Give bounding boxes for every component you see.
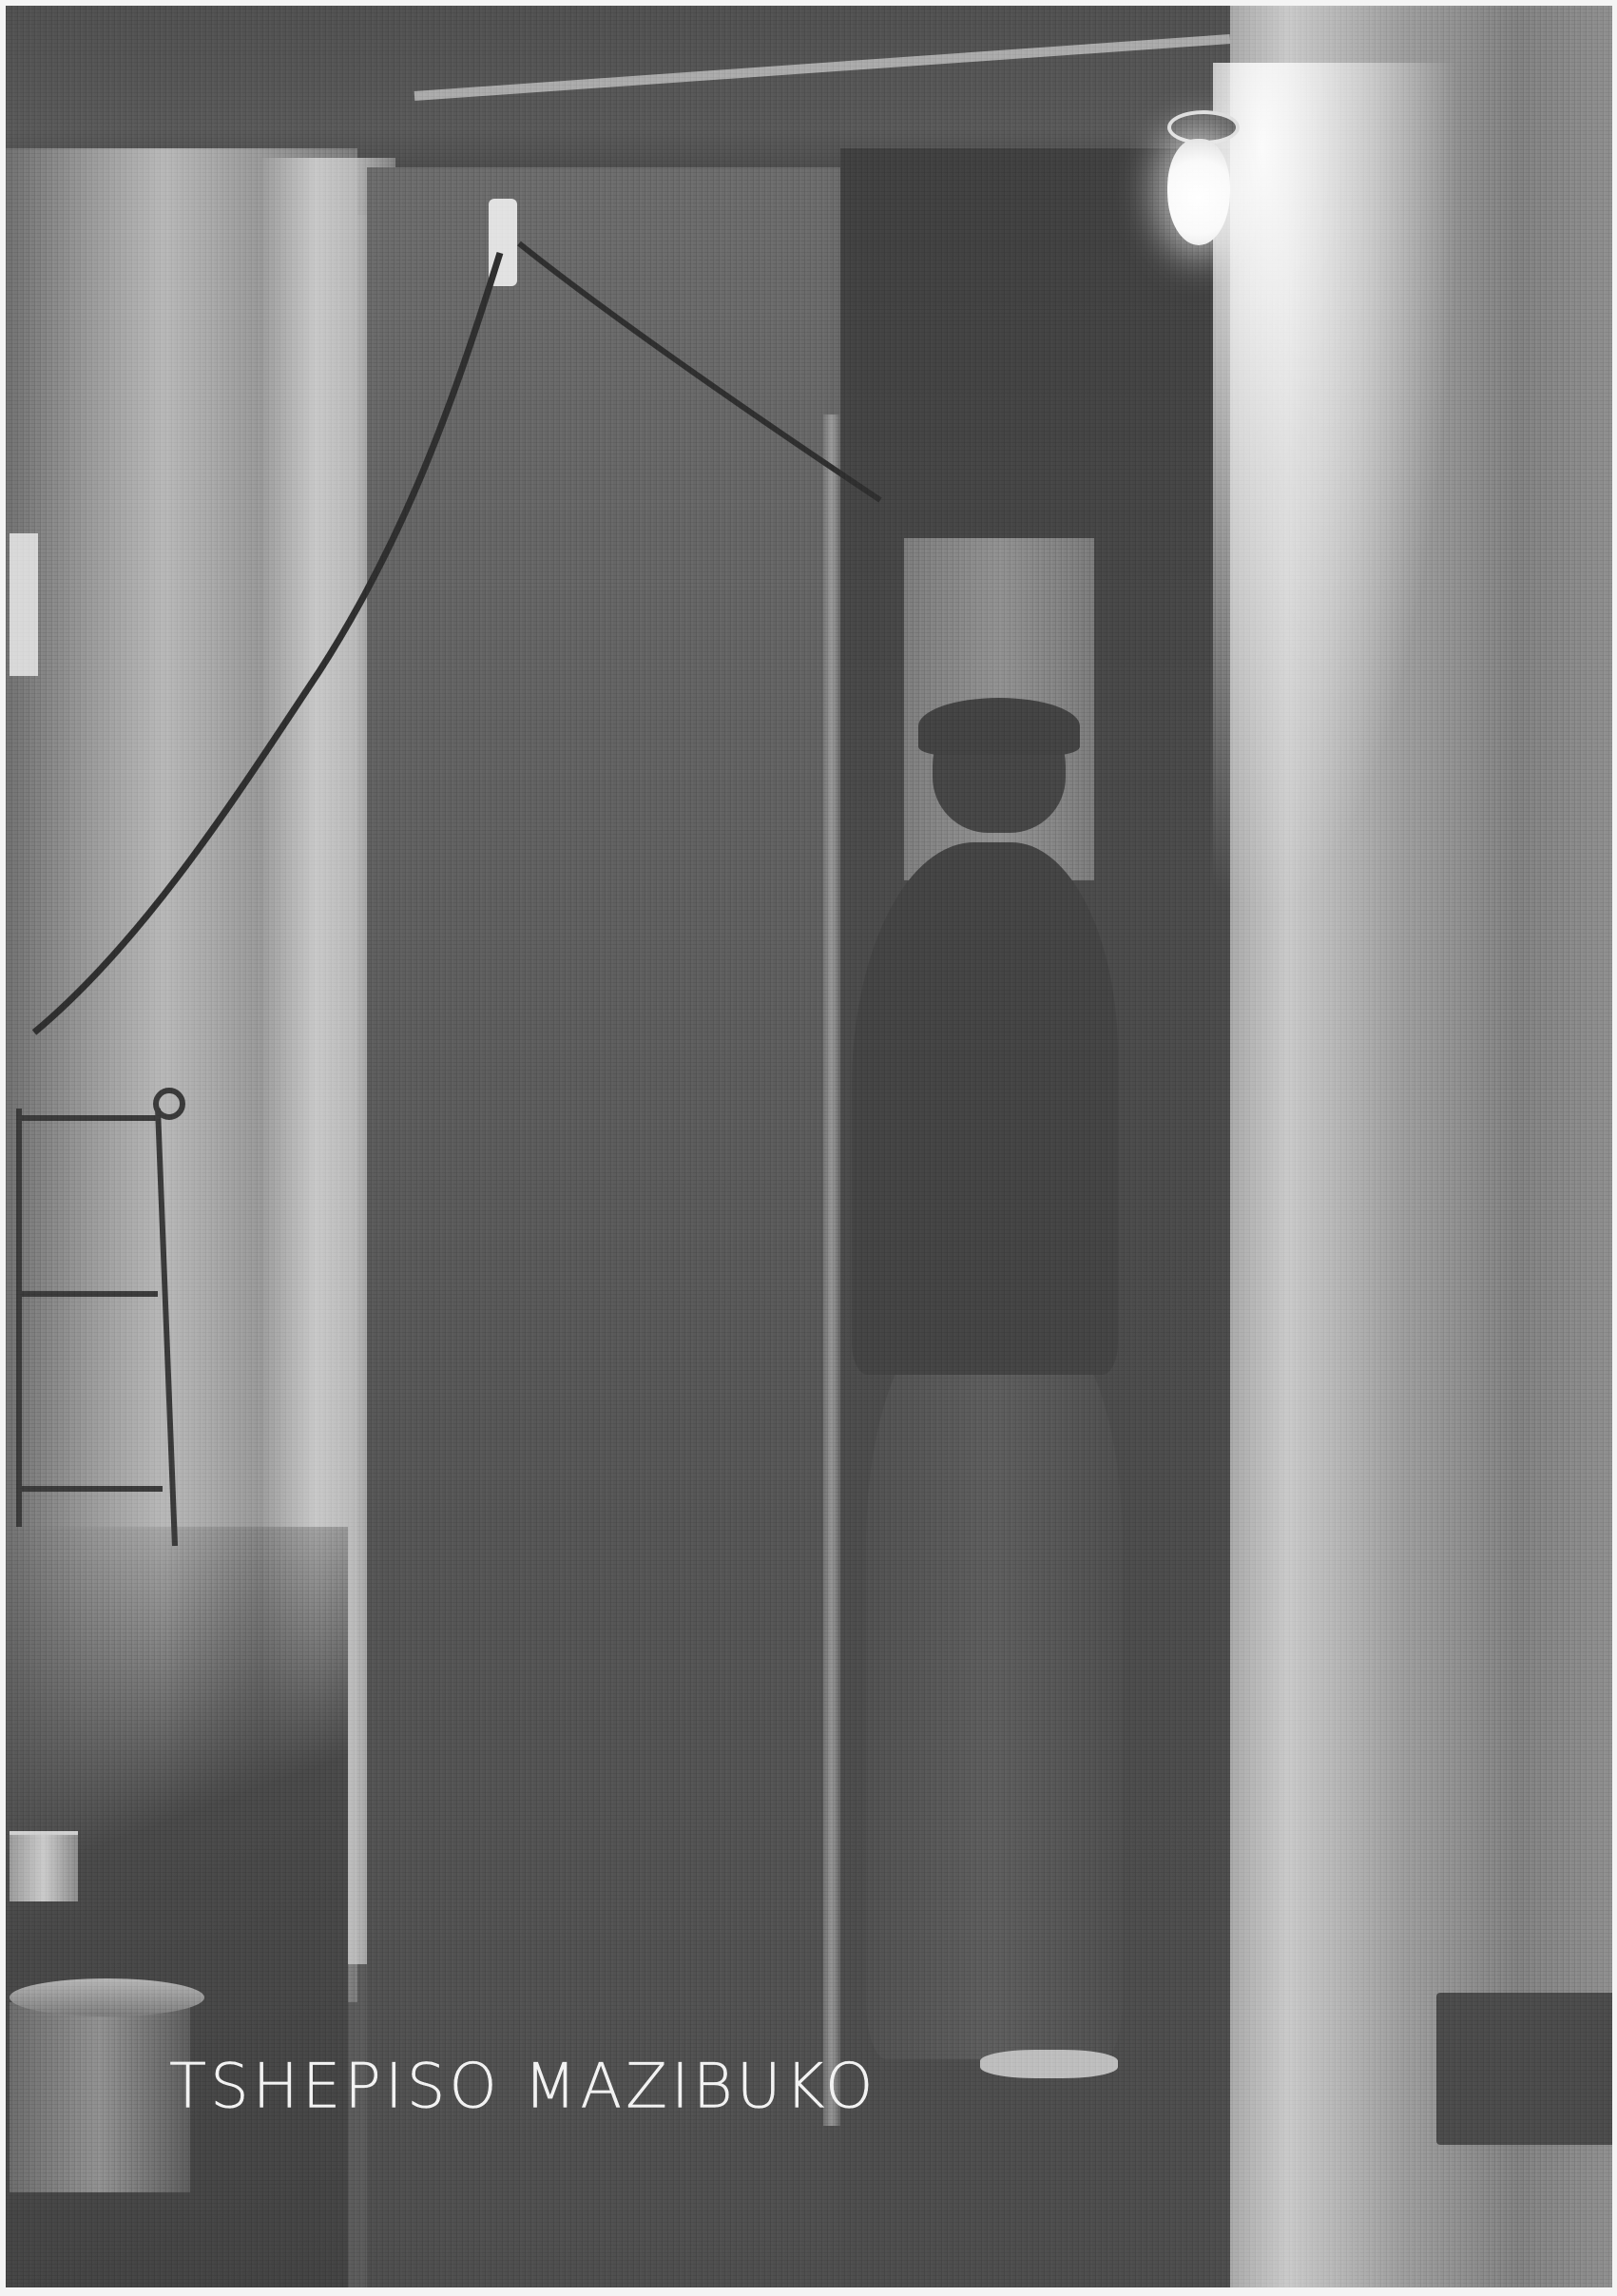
- cover-page: TSHEPISO MAZIBUKO: [6, 6, 1612, 2287]
- film-grain: [6, 6, 1612, 2287]
- cover-title: TSHEPISO MAZIBUKO: [169, 2051, 876, 2122]
